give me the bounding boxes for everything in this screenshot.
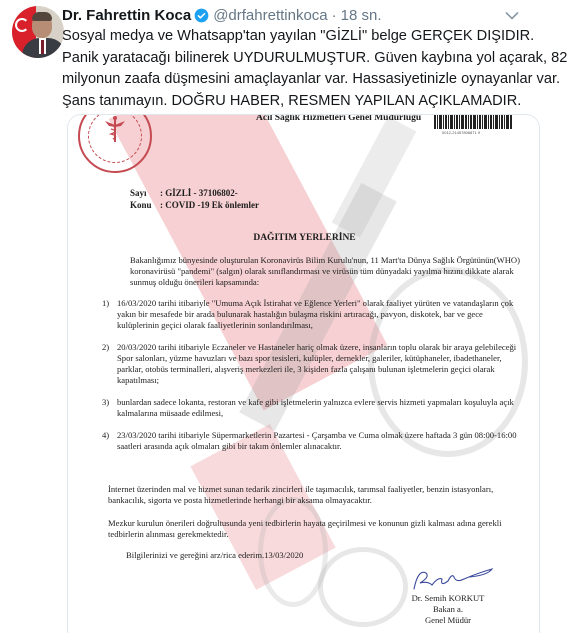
document-image: Acil Sağlık Hizmetleri Genel Müdürlüğü 0…	[68, 114, 540, 627]
tweet-header: Dr. Fahrettin Koca @drfahrettinkoca · 18…	[62, 5, 382, 25]
document-paragraph-services: İnternet üzerinden mal ve hizmet sunan t…	[108, 484, 518, 506]
document-meta: Sayı : GİZLİ - 37106802- Konu : COVID -1…	[130, 187, 259, 211]
meta-row-subject: Konu : COVID -19 Ek önlemler	[130, 199, 259, 211]
ministry-seal-icon	[78, 114, 152, 173]
author-avatar[interactable]	[12, 6, 64, 58]
list-item: 2) 20/03/2020 tarihi itibariyle Eczanele…	[102, 342, 522, 386]
separator-dot: ·	[332, 7, 337, 24]
document-closing: Bilgilerinizi ve gereğini arz/rica ederi…	[126, 550, 426, 561]
tweet-text: Sosyal medya ve Whatsapp'tan yayılan "Gİ…	[62, 26, 570, 112]
signer-name: Dr. Semih KORKUT	[388, 593, 508, 604]
document-intro: Bakanlığımız bünyesinde oluşturulan Koro…	[130, 255, 520, 288]
barcode-icon	[434, 114, 512, 129]
author-handle[interactable]: @drfahrettinkoca	[213, 7, 327, 24]
distribution-title: DAĞITIM YERLERİNE	[68, 233, 540, 243]
list-item: 3) bunlardan sadece lokanta, restoran ve…	[102, 397, 522, 419]
meta-row-number: Sayı : GİZLİ - 37106802-	[130, 187, 259, 199]
tweet-image[interactable]: Acil Sağlık Hizmetleri Genel Müdürlüğü 0…	[67, 114, 540, 633]
tweet-timestamp[interactable]: 18 sn.	[341, 7, 382, 24]
watermark-gray-stroke-top	[332, 117, 417, 238]
document-paragraph-measures: Mezkur kurulun önerileri doğrultusunda y…	[108, 518, 518, 540]
signer-position: Genel Müdür	[388, 615, 508, 626]
caduceus-icon	[104, 115, 126, 143]
verified-badge-icon	[194, 8, 209, 23]
document-agency: Acil Sağlık Hizmetleri Genel Müdürlüğü	[256, 114, 421, 123]
chevron-down-icon[interactable]	[505, 11, 519, 21]
signer-title: Bakan a.	[388, 604, 508, 615]
list-item: 1) 16/03/2020 tarihi itibariyle "Umuma A…	[102, 298, 522, 331]
signature-icon	[408, 563, 496, 593]
signer-block: Dr. Semih KORKUT Bakan a. Genel Müdür	[388, 593, 508, 626]
document-items: 1) 16/03/2020 tarihi itibariyle "Umuma A…	[102, 298, 522, 463]
list-item: 4) 23/03/2020 tarihi itibariyle Süpermar…	[102, 430, 522, 452]
barcode-number: 0012-21457806871 9	[442, 130, 480, 135]
tweet: Dr. Fahrettin Koca @drfahrettinkoca · 18…	[0, 0, 578, 633]
author-name[interactable]: Dr. Fahrettin Koca	[62, 7, 191, 24]
